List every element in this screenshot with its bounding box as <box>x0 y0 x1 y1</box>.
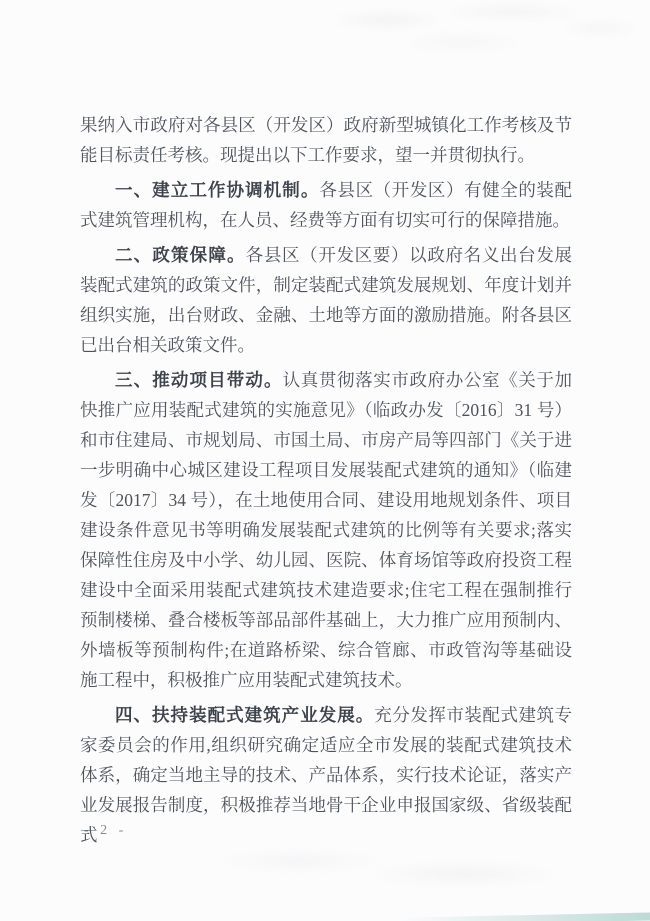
paragraph-text: 充分发挥市装配式建筑专家委员会的作用,组织研究确定适应全市发展的装配式建筑技术体… <box>80 705 572 845</box>
paragraph-heading: 三、推动项目带动。 <box>115 370 283 390</box>
paragraph: 二、政策保障。各县区（开发区要）以政府名义出台发展装配式建筑的政策文件，制定装配… <box>80 240 572 360</box>
paragraph-text: 果纳入市政府对各县区（开发区）政府新型城镇化工作考核及节能目标责任考核。现提出以… <box>80 115 572 165</box>
paragraph: 果纳入市政府对各县区（开发区）政府新型城镇化工作考核及节能目标责任考核。现提出以… <box>80 110 572 170</box>
paragraph-text: 认真贯彻落实市政府办公室《关于加快推广应用装配式建筑的实施意见》（临政办发〔20… <box>80 370 572 690</box>
paragraph: 四、扶持装配式建筑产业发展。充分发挥市装配式建筑专家委员会的作用,组织研究确定适… <box>80 700 572 850</box>
paragraph: 三、推动项目带动。认真贯彻落实市政府办公室《关于加快推广应用装配式建筑的实施意见… <box>80 365 572 695</box>
paragraph: 一、建立工作协调机制。各县区（开发区）有健全的装配式建筑管理机构，在人员、经费等… <box>80 175 572 235</box>
scan-edge-artifact <box>397 912 650 921</box>
page-number: - 2 - <box>84 822 127 840</box>
document-body: 果纳入市政府对各县区（开发区）政府新型城镇化工作考核及节能目标责任考核。现提出以… <box>80 110 572 850</box>
scan-bleedthrough-top <box>330 0 645 62</box>
paragraph-heading: 一、建立工作协调机制。 <box>115 180 319 200</box>
paragraph-heading: 二、政策保障。 <box>115 245 246 265</box>
paragraph-heading: 四、扶持装配式建筑产业发展。 <box>115 705 374 725</box>
scanned-document-page: 果纳入市政府对各县区（开发区）政府新型城镇化工作考核及节能目标责任考核。现提出以… <box>0 0 650 921</box>
